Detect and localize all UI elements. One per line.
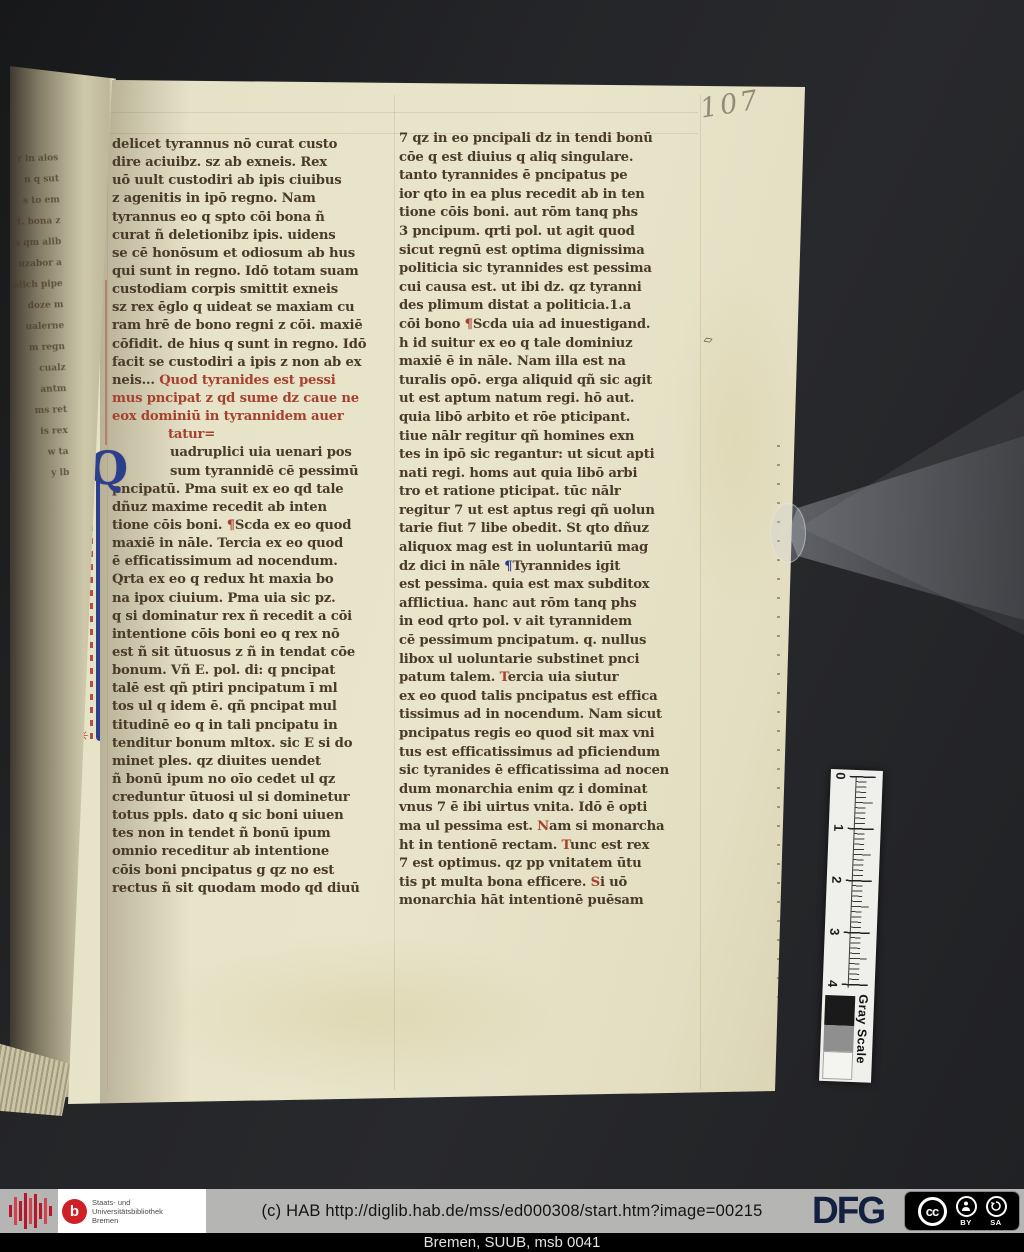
- folio-number: 107: [698, 84, 763, 124]
- manuscript-line: ram hrē de bono regni z cōi. maxiē: [112, 318, 396, 336]
- parchment-stain: [150, 935, 570, 1095]
- dfg-logo: DFG: [812, 1190, 884, 1233]
- manuscript-line: sz rex ēglo q uideat se maxiam cu: [112, 300, 396, 318]
- manuscript-line: libox ul uoluntarie substinet pnci: [399, 652, 699, 671]
- cc-sa-arrow-icon: [986, 1196, 1007, 1217]
- manuscript-line: custodiam corpis smittit exneis: [112, 282, 396, 300]
- manuscript-line: tarie fiut 7 libe obedit. St qto dñuz: [399, 521, 699, 540]
- manuscript-line: tes non in tendet ñ bonū ipum: [112, 826, 396, 844]
- manuscript-line: mus pncipat z qd sume dz caue ne: [112, 391, 396, 409]
- manuscript-line: tos ul q idem ē. qñ pncipat mul: [112, 699, 396, 717]
- page-holder-wedge: [788, 428, 1024, 628]
- manuscript-line: tissimus ad in nocendum. Nam sicut: [399, 707, 699, 726]
- page-holder-tip: [770, 503, 806, 563]
- manuscript-line: na ipox ciuium. Pma uia sic pz.: [112, 591, 396, 609]
- manuscript-line: curat ñ deletionibz ipis. uidens: [112, 228, 396, 246]
- photo-stage: r in aiosn q suts to emt. bona zs qm ali…: [0, 0, 1024, 1189]
- manuscript-line: talē est qñ ptiri pncipatum ī ml: [112, 681, 396, 699]
- manuscript-line: n q sut: [10, 174, 60, 197]
- manuscript-line: doze m: [10, 300, 64, 323]
- facing-page-text-fragments: r in aiosn q suts to emt. bona zs qm ali…: [10, 153, 70, 491]
- manuscript-line: eox dominiū in tyrannidem auer: [112, 409, 396, 427]
- penwork-extension: [105, 280, 107, 445]
- manuscript-line: creduntur ūtuosi ul si dominetur: [112, 790, 396, 808]
- cc-sa-label: SA: [990, 1218, 1001, 1227]
- gray-scale-black-patch: [824, 995, 855, 1026]
- manuscript-line: tis pt multa bona efficere. Si uō: [399, 875, 699, 894]
- manuscript-line: 7 est optimus. qz pp vnitatem ūtu: [399, 856, 699, 875]
- manuscript-line: tiue nālr regitur qñ homines exn: [399, 429, 699, 448]
- manuscript-line: ma ul pessima est. Nam si monarcha: [399, 819, 699, 838]
- manuscript-line: tione cōis boni. aut rōm tanq phs: [399, 205, 699, 224]
- manuscript-line: omnio receditur ab intentione: [112, 844, 396, 862]
- shelfmark-text: Bremen, SUUB, msb 0041: [0, 1234, 1024, 1251]
- manuscript-line: dz dici in nāle ¶Tyrannides igit: [399, 559, 699, 578]
- gray-scale-label: Gray Scale: [853, 994, 870, 1084]
- manuscript-line: s qm alib: [10, 237, 62, 260]
- manuscript-line: cōis boni pncipatus g qz no est: [112, 863, 396, 881]
- manuscript-line: bonum. Vñ E. pol. di: q pncipat: [112, 663, 396, 681]
- manuscript-line: in eod qrto pol. v ait tyrannidem: [399, 614, 699, 633]
- ruling-line: [107, 95, 108, 1090]
- manuscript-line: tione cōis boni. ¶Scda ex eo quod: [112, 518, 396, 536]
- manuscript-line: vnus 7 ē ibi uirtus vnita. Idō ē opti: [399, 800, 699, 819]
- gray-scale-ruler: 0 1 2 3 4 Gray Scale: [819, 769, 883, 1083]
- cc-by-group: BY: [956, 1196, 977, 1227]
- manuscript-line: t. bona z: [10, 216, 61, 239]
- manuscript-line: aliquox mag est in uoluntariū mag: [399, 540, 699, 559]
- manuscript-line: uadruplici uia uenari pos: [112, 445, 396, 463]
- manuscript-line: tus est efficatissimus ad pficiendum: [399, 745, 699, 764]
- manuscript-line: r in aios: [10, 153, 59, 176]
- manuscript-line: delicet tyrannus nō curat custo: [112, 137, 396, 155]
- manuscript-line: totus ppls. dato q sic boni uiuen: [112, 808, 396, 826]
- manuscript-line: afflictiua. hanc aut rōm tanq phs: [399, 596, 699, 615]
- library-name-line: Bremen: [92, 1216, 163, 1225]
- manuscript-page: 107 delicet tyrannus nō curat custodire …: [60, 75, 810, 1108]
- manuscript-line: pncipatū. Pma suit ex eo qd tale: [112, 482, 396, 500]
- manuscript-line: tes in ipō sic regantur: ut sicut apti: [399, 447, 699, 466]
- manuscript-line: ms ret: [13, 405, 68, 428]
- manuscript-line: tyrannus eo q spto cōi bona ñ: [112, 210, 396, 228]
- manuscript-line: alich pipe: [10, 279, 63, 302]
- manuscript-line: qui sunt in regno. Idō totam suam: [112, 264, 396, 282]
- manuscript-line: maxiē in nāle. Tercia ex eo quod: [112, 536, 396, 554]
- manuscript-line: 7 qz in eo pncipali dz in tendi bonū: [399, 131, 699, 150]
- manuscript-line: monarchia hāt intentionē puēsam: [399, 893, 699, 912]
- manuscript-line: sum tyrannidē cē pessimū: [112, 464, 396, 482]
- manuscript-line: patum talem. Tercia uia siutur: [399, 670, 699, 689]
- manuscript-line: des plimum distat a politicia.1.a: [399, 298, 699, 317]
- ruling-line: [700, 95, 701, 1090]
- manuscript-line: intentione cōis boni eo q rex nō: [112, 627, 396, 645]
- manuscript-line: ht in tentionē rectam. Tunc est rex: [399, 838, 699, 857]
- copyright-text: (c) HAB http://diglib.hab.de/mss/ed00030…: [220, 1189, 804, 1233]
- manuscript-line: dire aciuibz. sz ab exneis. Rex: [112, 155, 396, 173]
- manuscript-line: se cē honōsum et odiosum ab hus: [112, 246, 396, 264]
- manuscript-line: cōe q est diuius q aliq singulare.: [399, 150, 699, 169]
- manuscript-line: ior qto in ea plus recedit ab in ten: [399, 187, 699, 206]
- manuscript-line: maxiē ē in nāle. Nam illa est na: [399, 354, 699, 373]
- manuscript-line: y lb: [15, 468, 70, 491]
- ruler-number: 4: [825, 974, 841, 993]
- manuscript-line: sic tyranides ē efficatissima ad nocen: [399, 763, 699, 782]
- manuscript-line: cē pessimum pncipatum. q. nullus: [399, 633, 699, 652]
- manuscript-line: regitur 7 ut est aptus regi qñ uolun: [399, 503, 699, 522]
- library-name-line: Staats- und: [92, 1198, 163, 1207]
- manuscript-line: tro et ratione pticipat. tūc nālr: [399, 484, 699, 503]
- manuscript-line: ex eo quod talis pncipatus est effica: [399, 689, 699, 708]
- gray-scale-gray-patch: [823, 1025, 854, 1052]
- manuscript-line: ualerne: [10, 321, 65, 344]
- library-name: Staats- und Universitätsbibliothek Breme…: [92, 1198, 163, 1225]
- cc-by-person-icon: [956, 1196, 977, 1217]
- manuscript-line: politicia sic tyrannides est pessima: [399, 261, 699, 280]
- manuscript-line: ē efficatissimum ad nocendum.: [112, 554, 396, 572]
- left-column: delicet tyrannus nō curat custodire aciu…: [112, 137, 396, 899]
- ruler-number: 0: [833, 767, 849, 786]
- manuscript-line: nati regi. homs aut quia libō arbi: [399, 466, 699, 485]
- ruling-line: [108, 112, 698, 113]
- manuscript-line: cui causa est. ut ibi dz. qz tyranni: [399, 280, 699, 299]
- cc-icon: cc: [918, 1197, 947, 1226]
- manuscript-line: z agenitis in ipō regno. Nam: [112, 191, 396, 209]
- manuscript-line: ñ bonū ipum no oīo cedet ul qz: [112, 772, 396, 790]
- manuscript-line: dum monarchia enim qz i dominat: [399, 782, 699, 801]
- manuscript-line: est ñ sit ūtuosus z ñ in tendat cōe: [112, 645, 396, 663]
- ruler-number: 3: [827, 922, 843, 941]
- cc-by-label: BY: [960, 1218, 971, 1227]
- manuscript-line: m regn: [11, 342, 66, 365]
- manuscript-line: q si dominatur rex ñ recedit a cōi: [112, 609, 396, 627]
- ruler-number: 2: [829, 871, 845, 890]
- manuscript-line: 3 pncipum. qrti pol. ut agit quod: [399, 224, 699, 243]
- manuscript-line: est pessima. quia est max subditox: [399, 577, 699, 596]
- manuscript-line: neis... Quod tyranides est pessi: [112, 373, 396, 391]
- hab-logo-icon: [2, 1189, 58, 1233]
- manuscript-line: facit se custodiri a ipis z non ab ex: [112, 355, 396, 373]
- manuscript-line: turalis opō. erga aliquid qñ sic agit: [399, 373, 699, 392]
- initial-flourish-bar: [96, 473, 100, 741]
- manuscript-line: is rex: [14, 426, 69, 449]
- manuscript-line: w ta: [14, 447, 69, 470]
- manuscript-line: rectus ñ sit quodam modo qd diuū: [112, 881, 396, 899]
- bremen-library-logo: b Staats- und Universitätsbibliothek Bre…: [58, 1189, 206, 1233]
- cc-license-badge: cc BY SA: [904, 1191, 1020, 1231]
- manuscript-line: titudinē eo q in tali pncipatu in: [112, 718, 396, 736]
- gray-scale-white-patch: [822, 1051, 853, 1080]
- ruler-number: 1: [831, 819, 847, 838]
- manuscript-line: s to em: [10, 195, 60, 218]
- manuscript-line: quia libō arbito et rōe pticipant.: [399, 410, 699, 429]
- manuscript-line: ut est aptum natum regi. hō aut.: [399, 391, 699, 410]
- manuscript-line: cōi bono ¶Scda uia ad inuestigand.: [399, 317, 699, 336]
- cc-sa-group: SA: [986, 1196, 1007, 1227]
- library-name-line: Universitätsbibliothek: [92, 1207, 163, 1216]
- manuscript-line: uzabor a: [10, 258, 63, 281]
- manuscript-line: cualz: [11, 363, 66, 386]
- manuscript-line: Qrta ex eo q redux ht maxia bo: [112, 572, 396, 590]
- footer-bar: b Staats- und Universitätsbibliothek Bre…: [0, 1189, 1024, 1233]
- manuscript-line: pncipatus regis eo quod sit max vni: [399, 726, 699, 745]
- manuscript-line: uō uult custodiri ab ipis ciuibus: [112, 173, 396, 191]
- bremen-badge-icon: b: [62, 1199, 87, 1224]
- manuscript-line: sicut regnū est optima dignissima: [399, 243, 699, 262]
- manuscript-line: cōfidit. de hius q sunt in regno. Idō: [112, 337, 396, 355]
- ruler-major-ticks: [842, 776, 876, 990]
- manuscript-line: tatur=: [112, 427, 396, 445]
- manuscript-line: antm: [12, 384, 67, 407]
- manuscript-line: dñuz maxime recedit ab inten: [112, 500, 396, 518]
- right-column: 7 qz in eo pncipali dz in tendi bonūcōe …: [399, 131, 699, 912]
- manuscript-line: h id suitur ex eo q tale dominiuz: [399, 336, 699, 355]
- manuscript-line: tanto tyrannides ē pncipatus pe: [399, 168, 699, 187]
- manuscript-line: minet ples. qz diuites uendet: [112, 754, 396, 772]
- manuscript-line: tenditur bonum mltox. sic E si do: [112, 736, 396, 754]
